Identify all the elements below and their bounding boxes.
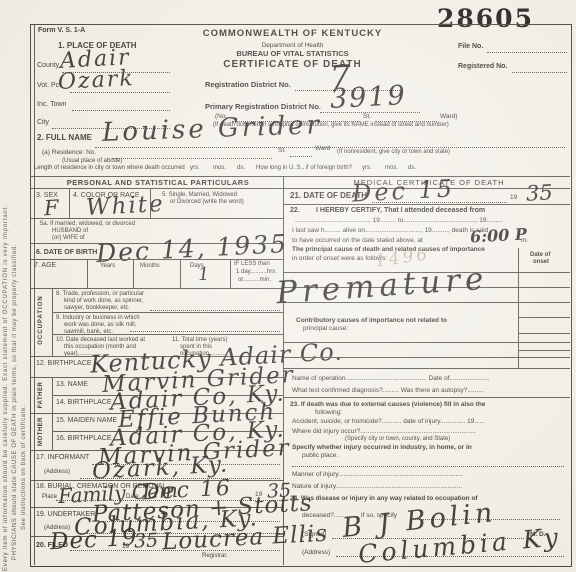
- street-label: St.: [363, 113, 371, 120]
- age-less-note-3: or..........min.: [238, 277, 271, 284]
- certify-number: 22.: [290, 207, 300, 215]
- residence-label: (a) Residence: No.: [42, 149, 96, 156]
- rule: [130, 331, 280, 332]
- rule: [283, 342, 570, 343]
- mother-name-label: 15. MAIDEN NAME: [56, 417, 117, 425]
- date-of-death-value: Dec 15: [351, 174, 455, 207]
- external-causes-line-1: 23. If death was due to external causes …: [290, 401, 485, 408]
- foreign-birth-label: How long in U. S., if of foreign birth?: [256, 165, 352, 172]
- marital-label-2: or Divorced (write the word): [170, 199, 244, 206]
- file-no-label: File No.: [458, 43, 483, 51]
- rule: [283, 204, 570, 205]
- diagnosis-autopsy-label: What test confirmed diagnosis?......... …: [292, 387, 484, 394]
- yrs-label: yrs.: [190, 165, 200, 172]
- spouse-label-2: HUSBAND of: [52, 228, 88, 235]
- rule: [72, 110, 170, 111]
- onset-label-1: Date of: [530, 252, 550, 259]
- commonwealth-title: COMMONWEALTH OF KENTUCKY: [195, 29, 390, 39]
- age-label: 7. AGE: [34, 262, 56, 270]
- death-year-value: 35: [525, 180, 553, 205]
- rule: [150, 188, 151, 218]
- informant-address-label: (Address): [44, 469, 70, 476]
- ds-label: ds.: [408, 165, 416, 172]
- full-name-label: 2. FULL NAME: [37, 134, 92, 143]
- spouse-label-3: (or) WIFE of: [52, 235, 85, 242]
- onset-label-2: onset: [533, 259, 549, 266]
- occ-9-line1: 9. Industry or business in which: [56, 315, 140, 322]
- where-injury-label: Where did injury occur?.................…: [292, 428, 476, 435]
- vot-pct-value: Ozark: [57, 66, 135, 95]
- occ-11-line1: 11. Total time (years): [172, 337, 227, 344]
- age-less-note-1: IF LESS than: [234, 261, 270, 268]
- rule: [512, 72, 567, 73]
- left-margin-note-3: See instructions on back of certificate.: [21, 270, 27, 530]
- rule: [30, 259, 283, 260]
- nonresident-note: (If nonresident, give city or town and s…: [337, 149, 450, 156]
- registered-no-label: Registered No.: [458, 63, 507, 71]
- mos-label: mos.: [385, 165, 398, 172]
- rule: [30, 188, 570, 189]
- time-of-death-value: 6:00 P: [470, 225, 528, 247]
- occ-8-line2: kind of work done, as spinner,: [64, 298, 143, 305]
- birthplace-label: 12. BIRTHPLACE: [36, 360, 92, 368]
- age-days-value: 1: [197, 264, 210, 286]
- burial-place-label: Place: [42, 494, 57, 501]
- death-certificate-scan: 28605 Every item of information should b…: [0, 0, 576, 572]
- residence-ward-label: Ward: [315, 145, 330, 152]
- age-months-label: Months: [140, 263, 160, 270]
- certify-line-4: to have occurred on the date stated abov…: [292, 237, 423, 244]
- rule: [283, 368, 570, 369]
- rule: [230, 259, 231, 288]
- length-residence-label: Length of residence in city or town wher…: [34, 165, 185, 172]
- form-number-label: Form V. S. 1-A: [38, 27, 85, 35]
- physician-address-label: (Address): [302, 549, 330, 556]
- certificate-title: CERTIFICATE OF DEATH: [195, 59, 390, 70]
- ds-label: ds.: [237, 165, 245, 172]
- father-name-label: 13. NAME: [56, 381, 88, 389]
- time-meridiem-label: m.: [521, 237, 528, 244]
- color-race-value: White: [85, 191, 165, 221]
- rule: [70, 550, 280, 551]
- contributory-label-1: Contributory causes of importance not re…: [296, 317, 447, 324]
- rule: [518, 333, 570, 334]
- rule: [30, 176, 570, 177]
- residence-st-label: St.: [278, 147, 286, 154]
- primary-district-value: 3919: [329, 80, 407, 115]
- mother-side-label: MOTHER: [38, 415, 44, 448]
- rule: [290, 156, 312, 157]
- inc-town-label: Inc. Town: [37, 101, 66, 109]
- signed-label: (Signed): [302, 531, 327, 538]
- rule: [30, 218, 283, 219]
- rule: [487, 52, 567, 53]
- rule: [69, 188, 70, 218]
- left-margin-note-2: PHYSICIANS should state CAUSE OF DEATH i…: [12, 40, 18, 560]
- injury-location-line-1: Specify whether injury occurred in indus…: [292, 444, 472, 451]
- mother-birthplace-label: 16. BIRTHPLACE: [56, 435, 112, 443]
- rule: [518, 350, 570, 351]
- external-causes-line-2: following:: [315, 409, 342, 416]
- certify-line-2: ........................................…: [295, 217, 503, 224]
- rule: [133, 259, 134, 288]
- county-label: County: [37, 62, 59, 70]
- manner-of-injury-label: Manner of injury........................…: [292, 471, 463, 478]
- nature-of-injury-label: Nature of injury........................…: [292, 483, 462, 490]
- mos-label: mos.: [213, 165, 226, 172]
- rule: [52, 312, 283, 313]
- left-section-title: PERSONAL AND STATISTICAL PARTICULARS: [38, 179, 278, 187]
- rule: [34, 24, 35, 565]
- rule: [52, 334, 283, 335]
- occ-9-line2: work was done, as silk mill,: [64, 322, 136, 329]
- rule: [150, 310, 280, 311]
- father-side-label: FATHER: [38, 379, 44, 411]
- rule: [283, 357, 570, 358]
- city-label: City: [37, 119, 49, 127]
- occupation-side-label: OCCUPATION: [38, 288, 44, 352]
- spouse-label-1: 5a. If married, widowed, or divorced: [40, 221, 135, 228]
- rule: [87, 259, 88, 288]
- certify-line-3: I last saw h......... alive on..........…: [292, 227, 488, 234]
- sex-value: F: [43, 196, 59, 221]
- date-of-birth-label: 6. DATE OF BIRTH: [36, 249, 97, 257]
- occ-8-line3: sawyer, bookkeeper, etc.: [64, 305, 130, 312]
- yrs-label: yrs.: [362, 165, 372, 172]
- rule: [518, 317, 570, 318]
- registrar-label: Registrar.: [202, 553, 228, 560]
- operation-label: Name of operation.......................…: [292, 375, 489, 382]
- bureau-line: BUREAU OF VITAL STATISTICS: [195, 50, 390, 58]
- rule: [180, 259, 181, 288]
- informant-label: 17. INFORMANT: [36, 454, 89, 462]
- accident-suicide-label: Accident, suicide, or homicide?.........…: [292, 418, 485, 425]
- father-birthplace-label: 14. BIRTHPLACE: [56, 399, 112, 407]
- contributory-label-2: principal cause:: [303, 325, 348, 332]
- age-less-note-2: 1 day..........hrs.: [236, 269, 277, 276]
- registration-district-label: Registration District No.: [205, 81, 291, 89]
- rule: [30, 288, 283, 289]
- rule: [112, 158, 272, 159]
- occ-10-line1: 10. Date deceased last worked at: [56, 337, 145, 344]
- rule: [292, 466, 564, 467]
- marital-label-1: 5. Single, Married, Widowed: [162, 192, 237, 199]
- abode-note: (Usual place of abode): [62, 158, 122, 165]
- age-years-label: Years: [100, 263, 115, 270]
- rule: [52, 288, 53, 356]
- left-margin-note-1: Every item of information should be care…: [3, 1, 9, 571]
- certify-line-6: in order of onset were as follows:: [292, 255, 387, 262]
- injury-location-line-2: public place.: [302, 452, 338, 459]
- death-year-printed: 19: [510, 194, 517, 201]
- certify-line-1: I HEREBY CERTIFY, That I attended deceas…: [316, 207, 485, 215]
- occ-8-line1: 8. Trade, profession, or particular: [56, 291, 144, 298]
- rule: [283, 397, 570, 398]
- ward-label: Ward): [440, 113, 457, 120]
- specify-city-note: (Specify city or town, county, and State…: [345, 436, 450, 443]
